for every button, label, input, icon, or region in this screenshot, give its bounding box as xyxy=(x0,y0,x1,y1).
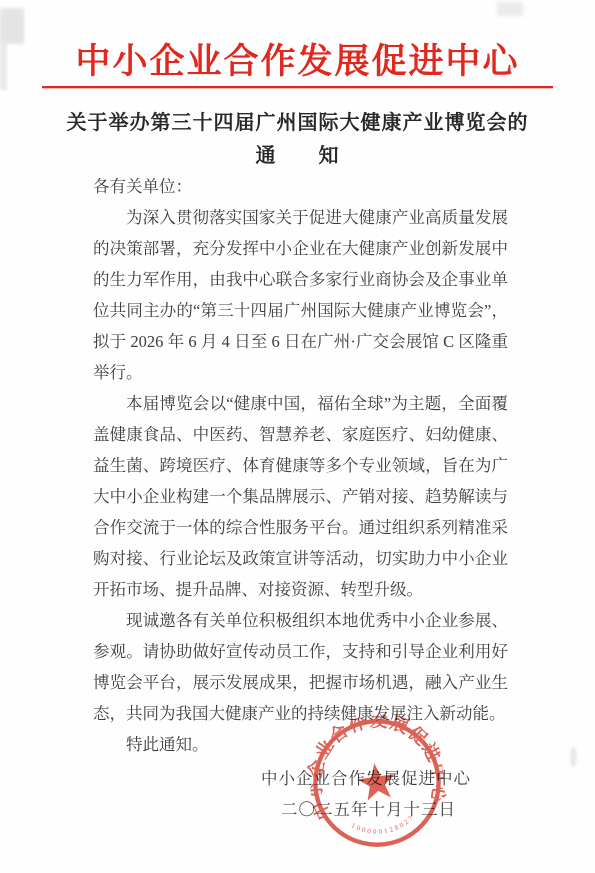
official-seal: 中小企业合作发展促进中心 100000128027 xyxy=(301,707,452,858)
red-divider xyxy=(42,86,553,88)
doc-title-line2: 通 知 xyxy=(0,139,595,168)
seal-star-icon xyxy=(355,760,398,801)
scan-artifact xyxy=(570,747,577,767)
body-paragraph: 为深入贯彻落实国家关于促进大健康产业高质量发展的决策部署，充分发挥中小企业在大健… xyxy=(93,202,508,388)
body-paragraph: 现诚邀各有关单位积极组织本地优秀中小企业参展、参观。请协助做好宣传动员工作，支持… xyxy=(93,605,508,729)
letterhead-title: 中小企业合作发展促进中心 xyxy=(0,34,595,84)
document-body: 各有关单位： 为深入贯彻落实国家关于促进大健康产业高质量发展的决策部署，充分发挥… xyxy=(93,171,508,760)
body-paragraph: 本届博览会以“健康中国，福佑全球”为主题，全面覆盖健康食品、中医药、智慧养老、家… xyxy=(93,388,508,605)
document-page: 中小企业合作发展促进中心 关于举办第三十四届广州国际大健康产业博览会的 通 知 … xyxy=(0,0,595,873)
doc-title-line1: 关于举办第三十四届广州国际大健康产业博览会的 xyxy=(0,106,595,135)
seal-graphic: 中小企业合作发展促进中心 100000128027 xyxy=(301,707,452,858)
salutation: 各有关单位： xyxy=(93,171,508,202)
scan-artifact xyxy=(497,2,523,16)
closing-line: 特此通知。 xyxy=(93,729,508,760)
seal-ring-text: 中小企业合作发展促进中心 xyxy=(301,707,452,824)
